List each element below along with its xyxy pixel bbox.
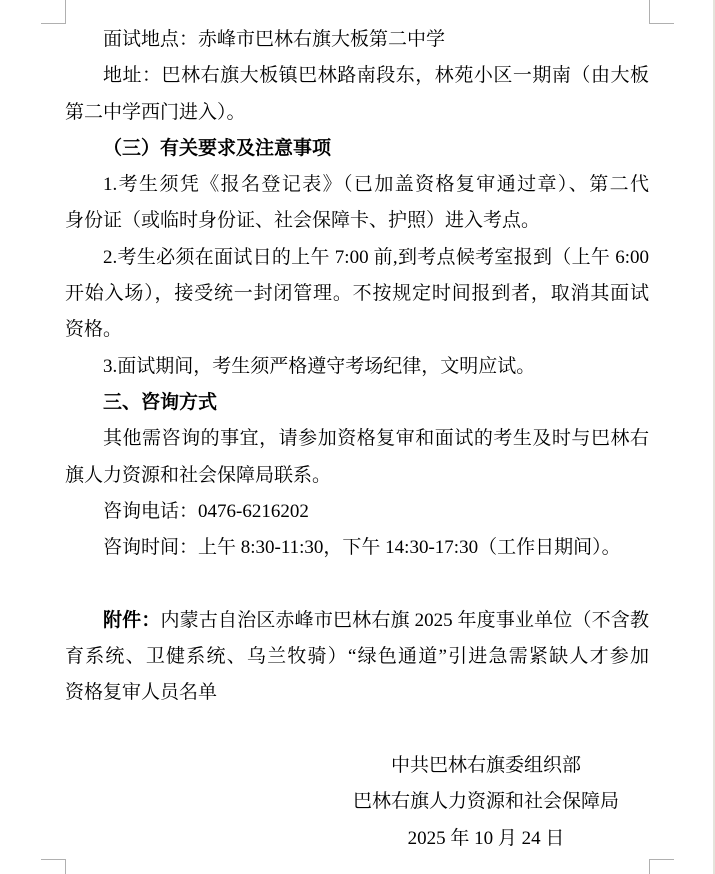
attachment-line-1: 附件：内蒙古自治区赤峰市巴林右旗 2025 年度事业单位（不含教 [65,603,649,639]
blank-line [65,566,649,602]
signature-block: 中共巴林右旗委组织部 巴林右旗人力资源和社会保障局 2025 年 10 月 24… [353,748,619,857]
rule-1-line-1: 1.考生须凭《报名登记表》（已加盖资格复审通过章）、第二代 [65,167,649,203]
rule-1-line-2: 身份证（或临时身份证、社会保障卡、护照）进入考点。 [65,203,649,239]
blank-line [65,712,649,748]
contact-para-line-1: 其他需咨询的事宜，请参加资格复审和面试的考生及时与巴林右 [65,421,649,457]
address-line-1: 地址：巴林右旗大板镇巴林路南段东，林苑小区一期南（由大板 [65,58,649,94]
document-page: 面试地点：赤峰市巴林右旗大板第二中学地址：巴林右旗大板镇巴林路南段东，林苑小区一… [0,0,715,874]
attachment-line-3: 资格复审人员名单 [65,675,649,711]
interview-location-line: 面试地点：赤峰市巴林右旗大板第二中学 [65,22,649,58]
signature-org-2: 巴林右旗人力资源和社会保障局 [353,784,619,820]
address-line-2: 第二中学西门进入）。 [65,95,649,131]
hours-line: 咨询时间：上午 8:30-11:30，下午 14:30-17:30（工作日期间）… [65,530,649,566]
rule-3-line: 3.面试期间，考生须严格遵守考场纪律，文明应试。 [65,349,649,385]
rule-2-line-2: 开始入场），接受统一封闭管理。不按规定时间报到者，取消其面试 [65,276,649,312]
text-boundary-mark-top-right-icon [649,0,674,24]
signature-date: 2025 年 10 月 24 日 [353,821,619,857]
attachment-line-2: 育系统、卫健系统、乌兰牧骑）“绿色通道”引进急需紧缺人才参加 [65,639,649,675]
phone-line: 咨询电话：0476-6216202 [65,494,649,530]
document-lines: 面试地点：赤峰市巴林右旗大板第二中学地址：巴林右旗大板镇巴林路南段东，林苑小区一… [65,22,649,748]
text-boundary-mark-top-left-icon [41,0,66,24]
attachment-label: 附件： [103,610,161,631]
text-boundary-mark-bottom-left-icon [41,859,66,874]
heading-requirements: （三）有关要求及注意事项 [65,131,649,167]
rule-2-line-1: 2.考生必须在面试日的上午 7:00 前,到考点候考室报到（上午 6:00 [65,240,649,276]
heading-contact: 三、咨询方式 [65,385,649,421]
contact-para-line-2: 旗人力资源和社会保障局联系。 [65,458,649,494]
signature-org-1: 中共巴林右旗委组织部 [353,748,619,784]
doc-line-text: 内蒙古自治区赤峰市巴林右旗 2025 年度事业单位（不含教 [161,610,649,631]
text-boundary-mark-bottom-right-icon [649,859,674,874]
document-content: 面试地点：赤峰市巴林右旗大板第二中学地址：巴林右旗大板镇巴林路南段东，林苑小区一… [65,22,649,857]
rule-2-line-3: 资格。 [65,312,649,348]
